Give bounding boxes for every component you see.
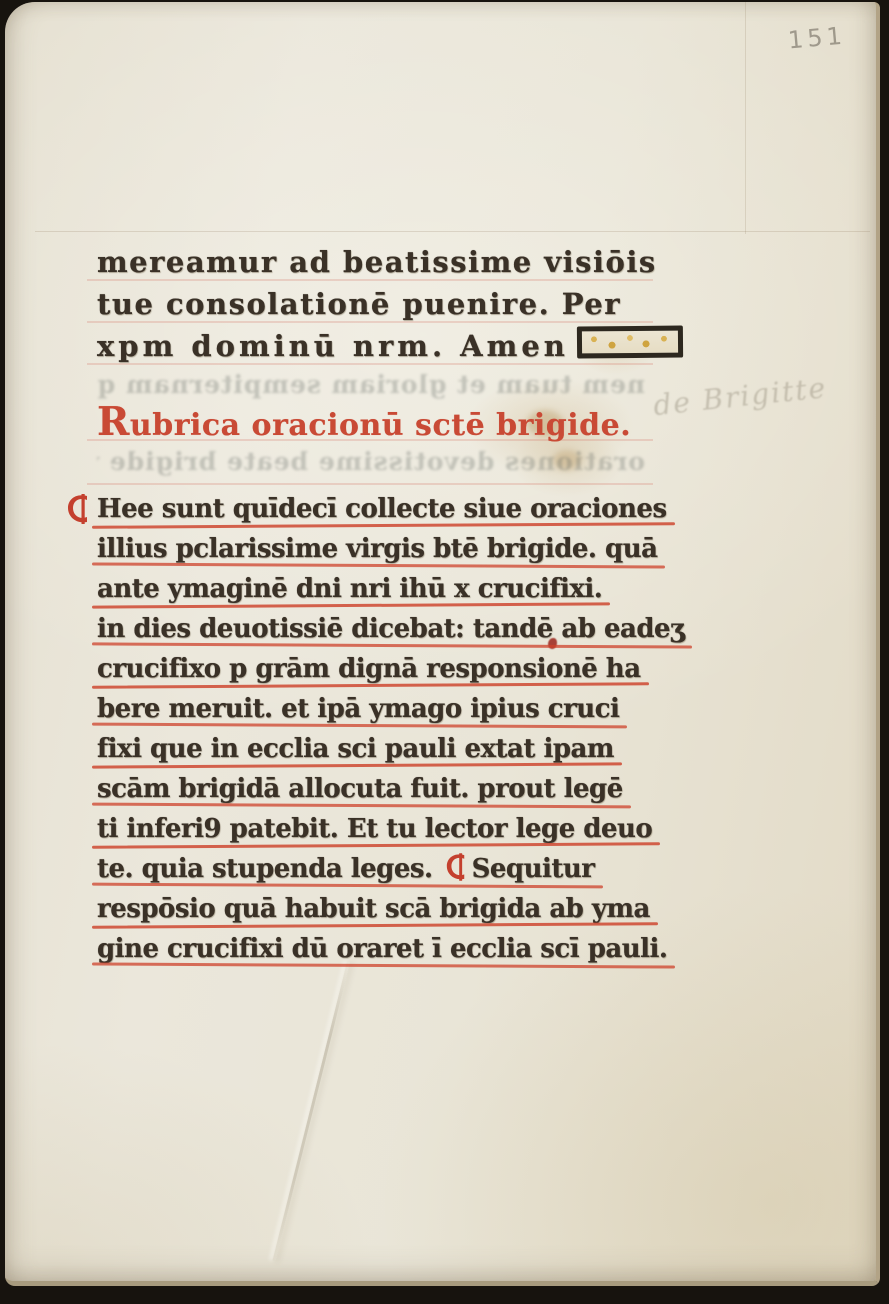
line-text: te. quia stupenda leges. — [97, 854, 433, 884]
manuscript-line: crucifixo p grām dignā responsionē ha — [97, 649, 641, 689]
manuscript-line: scām brigidā allocuta fuit. prout legē — [97, 769, 623, 809]
bleedthrough-line: orationes devotissime beate brigide vidu… — [97, 447, 645, 477]
capitulum-icon — [445, 852, 467, 882]
manuscript-line: gine crucifixi dū oraret ī ecclia scī pa… — [97, 929, 667, 969]
manuscript-scan: 151 de Brigitte mereamur ad beatissime v… — [0, 0, 889, 1304]
bleedthrough-line: nem tuam et gloriam sempiternam quam — [97, 370, 645, 400]
manuscript-line: mereamur ad beatissime visiōis — [97, 242, 657, 282]
manuscript-line: ante ymaginē dni nri ihū x crucifixi. — [97, 569, 602, 609]
page-crease — [273, 962, 350, 1262]
manuscript-line: Hee sunt quīdecī collecte siue oraciones — [97, 489, 667, 529]
manuscript-line: respōsio quā habuit scā brigida ab yma — [97, 889, 650, 929]
parchment-page: 151 de Brigitte mereamur ad beatissime v… — [5, 2, 880, 1286]
manuscript-line: fixi que in ecclia sci pauli extat ipam — [97, 729, 614, 769]
ruling-line — [87, 483, 653, 485]
manuscript-line: xpm dominū nrm. Amen — [97, 326, 683, 366]
folio-number: 151 — [787, 22, 847, 55]
rubric-line: Rubrica oracionū sctē brigide. — [97, 402, 631, 446]
line-text: Hee sunt quīdecī collecte siue oraciones — [97, 494, 667, 524]
manuscript-line: bere meruit. et ipā ymago ipius cruci — [97, 689, 619, 729]
marginal-note: de Brigitte — [652, 371, 829, 422]
manuscript-line: ti inferi9 patebit. Et tu lector lege de… — [97, 809, 652, 849]
capitulum-icon — [66, 493, 90, 525]
manuscript-line: illius pclarissime virgis btē brigide. q… — [97, 529, 657, 569]
fold-line-vertical — [745, 2, 746, 234]
line-text: xpm dominū nrm. Amen — [97, 329, 569, 363]
manuscript-line: te. quia stupenda leges. Sequitur — [97, 849, 595, 889]
gold-line-filler-icon — [577, 326, 683, 359]
manuscript-line: tue consolationē puenire. Per — [97, 284, 621, 324]
manuscript-line: in dies deuotissiē dicebat: tandē ab ead… — [97, 609, 684, 649]
line-text: Sequitur — [472, 854, 595, 884]
